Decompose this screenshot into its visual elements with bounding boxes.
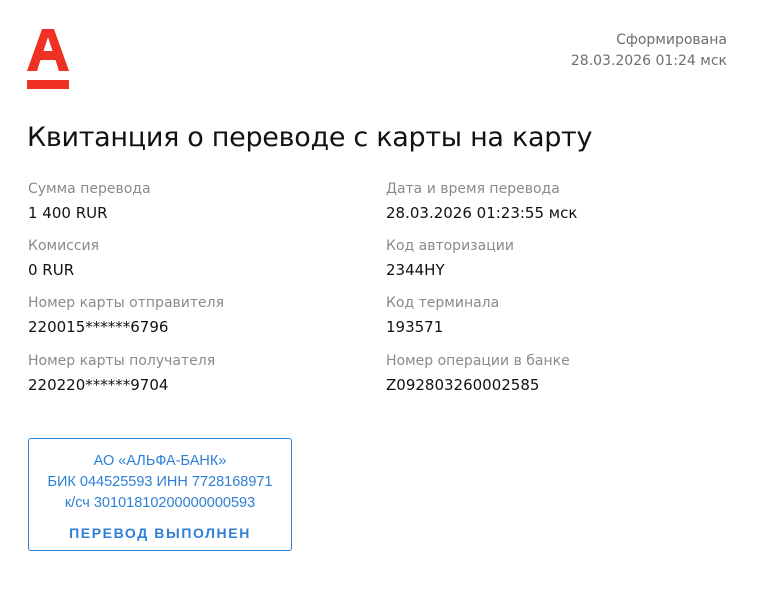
field-amount: Сумма перевода 1 400 RUR — [28, 180, 151, 223]
field-value: Z092803260002585 — [386, 375, 570, 395]
field-value: 193571 — [386, 317, 499, 337]
field-terminal-code: Код терминала 193571 — [386, 294, 499, 337]
field-label: Номер операции в банке — [386, 352, 570, 370]
generated-label: Сформирована — [571, 30, 727, 51]
field-label: Дата и время перевода — [386, 180, 577, 198]
generated-datetime: 28.03.2026 01:24 мск — [571, 51, 727, 72]
field-transfer-datetime: Дата и время перевода 28.03.2026 01:23:5… — [386, 180, 577, 223]
generated-info: Сформирована 28.03.2026 01:24 мск — [571, 30, 727, 72]
stamp-status: ПЕРЕВОД ВЫПОЛНЕН — [29, 523, 291, 544]
field-auth-code: Код авторизации 2344HY — [386, 237, 514, 280]
field-label: Код терминала — [386, 294, 499, 312]
field-value: 220220******9704 — [28, 375, 215, 395]
bank-stamp: АО «АЛЬФА-БАНК» БИК 044525593 ИНН 772816… — [28, 438, 292, 551]
field-commission: Комиссия 0 RUR — [28, 237, 99, 280]
field-value: 220015******6796 — [28, 317, 224, 337]
stamp-bik-inn: БИК 044525593 ИНН 7728168971 — [29, 472, 291, 493]
field-value: 28.03.2026 01:23:55 мск — [386, 203, 577, 223]
field-label: Номер карты отправителя — [28, 294, 224, 312]
stamp-bank-name: АО «АЛЬФА-БАНК» — [29, 451, 291, 472]
field-label: Сумма перевода — [28, 180, 151, 198]
field-label: Код авторизации — [386, 237, 514, 255]
field-label: Комиссия — [28, 237, 99, 255]
page-title: Квитанция о переводе с карты на карту — [27, 122, 592, 153]
field-recipient-card: Номер карты получателя 220220******9704 — [28, 352, 215, 395]
field-value: 0 RUR — [28, 260, 99, 280]
alfa-bank-logo-icon — [27, 29, 69, 91]
field-value: 2344HY — [386, 260, 514, 280]
field-label: Номер карты получателя — [28, 352, 215, 370]
field-value: 1 400 RUR — [28, 203, 151, 223]
field-operation-number: Номер операции в банке Z092803260002585 — [386, 352, 570, 395]
field-sender-card: Номер карты отправителя 220015******6796 — [28, 294, 224, 337]
stamp-account: к/сч 30101810200000000593 — [29, 493, 291, 514]
